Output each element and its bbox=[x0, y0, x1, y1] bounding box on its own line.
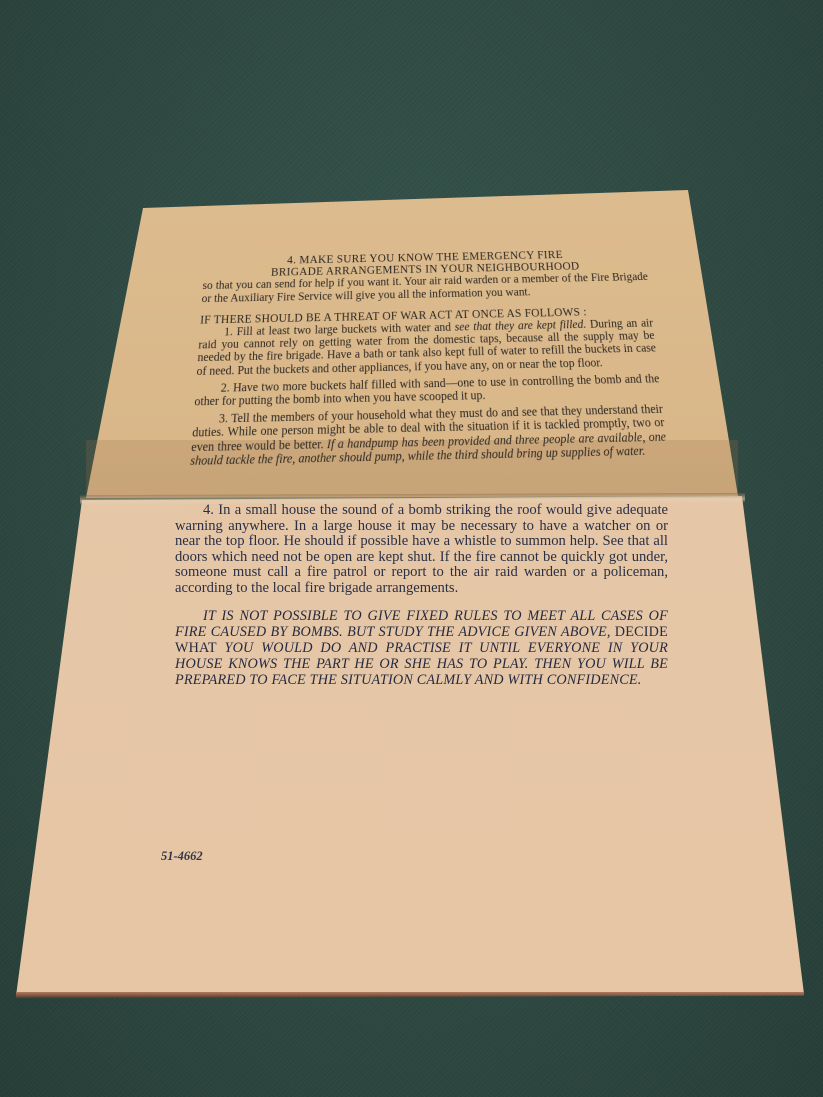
item-2: 2. Have two more buckets half filled wit… bbox=[194, 372, 662, 408]
paper-edge bbox=[16, 992, 804, 998]
item-1: 1. Fill at least two large buckets with … bbox=[196, 317, 658, 378]
closing-statement: IT IS NOT POSSIBLE TO GIVE FIXED RULES T… bbox=[175, 608, 668, 688]
bottom-panel-text: 4. In a small house the sound of a bomb … bbox=[175, 503, 668, 688]
item-4: 4. In a small house the sound of a bomb … bbox=[175, 503, 668, 597]
closing-part-3: YOU WOULD DO AND PRACTISE IT UNTIL EVERY… bbox=[175, 640, 668, 688]
item-3: 3. Tell the members of your household wh… bbox=[190, 403, 668, 468]
closing-part-1: IT IS NOT POSSIBLE TO GIVE FIXED RULES T… bbox=[175, 608, 668, 640]
top-panel-text: 4. MAKE SURE YOU KNOW THE EMERGENCY FIRE… bbox=[190, 248, 668, 469]
print-code: 51-4662 bbox=[161, 849, 203, 864]
